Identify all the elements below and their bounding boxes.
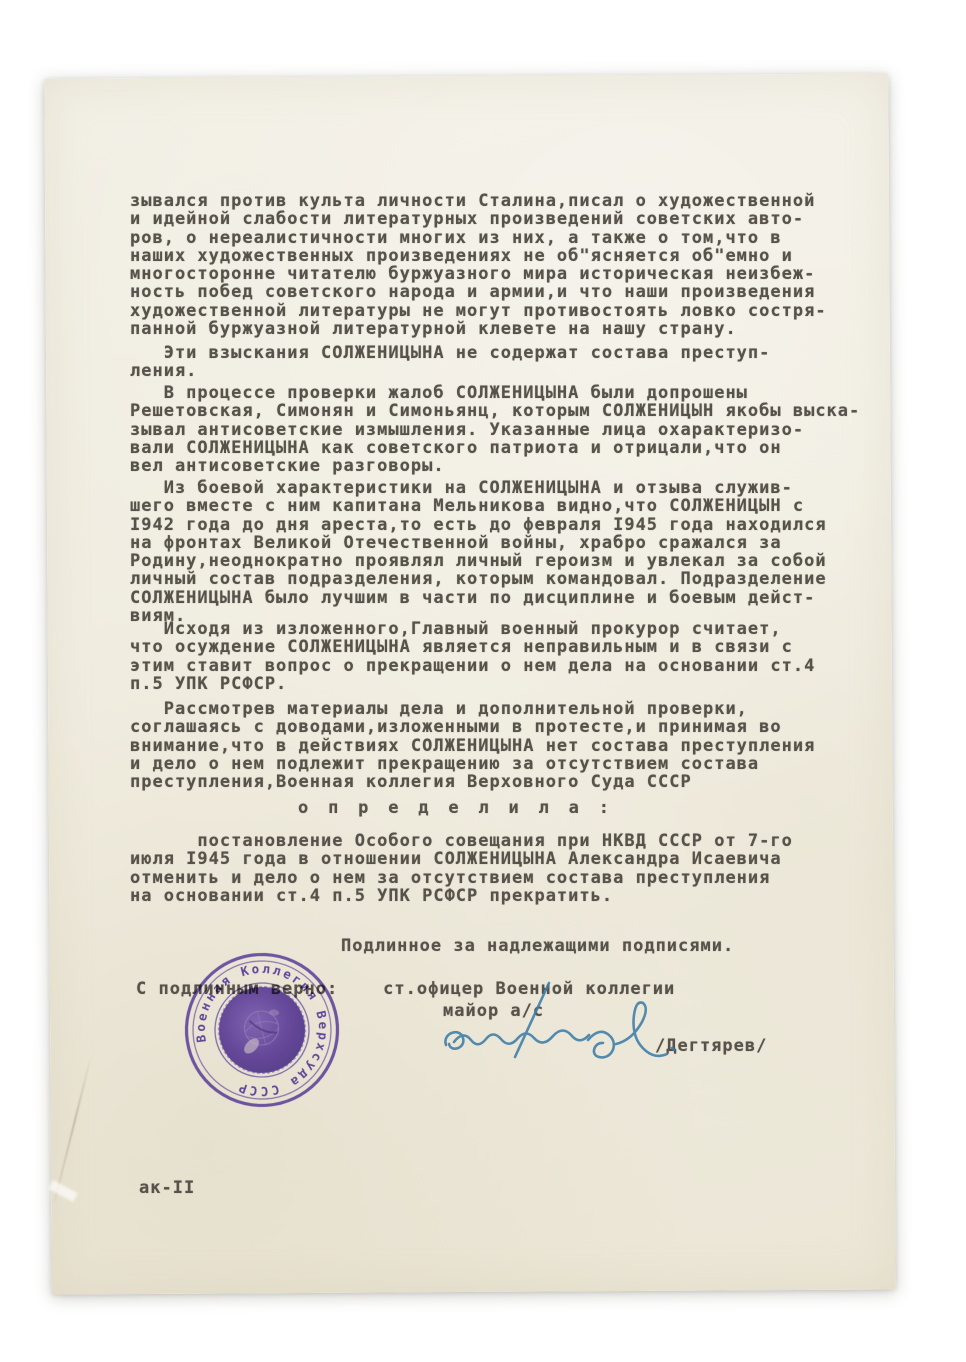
screenshot-root: { "doc": { "paragraphs": [ {"text": "зыв…	[0, 0, 966, 1362]
typed-paragraph-witnesses: В процессе проверки жалоб СОЛЖЕНИЦЫНА бы…	[130, 384, 860, 475]
typed-paragraph-collegium: Рассмотрев материалы дела и дополнительн…	[130, 700, 815, 791]
authenticity-line: Подлинное за надлежащими подписями.	[341, 937, 734, 955]
footer-mark: ак-II	[139, 1179, 195, 1197]
signature-ink	[420, 960, 740, 1090]
ruling-heading: о п р е д е л и л а :	[298, 799, 614, 817]
stamp-center-emblem	[210, 978, 314, 1082]
typed-paragraph-war-record: Из боевой характеристики на СОЛЖЕНИЦЫНА …	[130, 479, 827, 625]
typed-paragraph-prosecutor: Исходя из изложенного,Главный военный пр…	[130, 620, 815, 693]
typed-paragraph-resolution: постановление Особого совещания при НКВД…	[130, 832, 793, 905]
typed-paragraph-continuation: зывался против культа личности Сталина,п…	[130, 192, 827, 338]
typed-paragraph-no-crime: Эти взыскания СОЛЖЕНИЦЫНА не содержат со…	[130, 344, 770, 381]
